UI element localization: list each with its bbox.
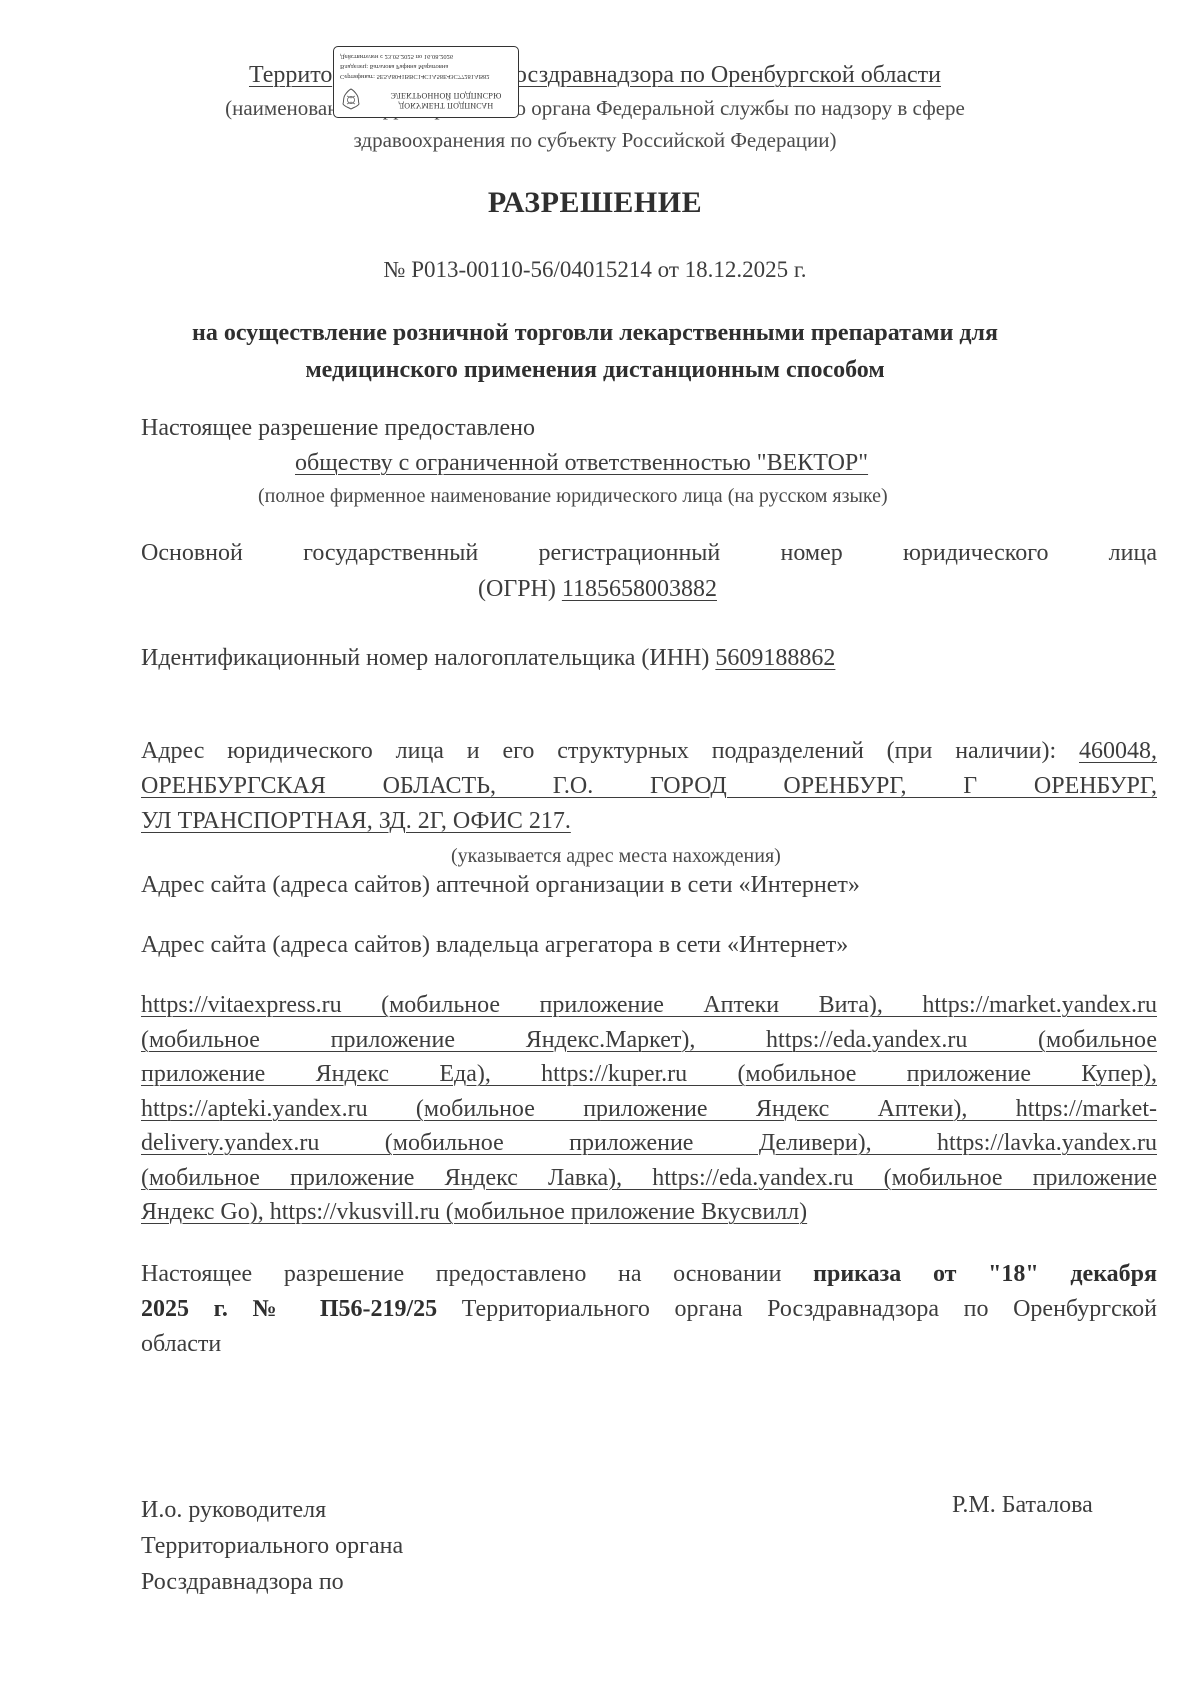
document-title: РАЗРЕШЕНИЕ	[0, 186, 1190, 220]
stamp-title: ДОКУМЕНТ ПОДПИСАН ЭЛЕКТРОННОЙ ПОДПИСЬЮ	[378, 90, 514, 110]
grantee-name-caption: (полное фирменное наименование юридическ…	[258, 485, 888, 508]
aggregator-sites-label: Адрес сайта (адреса сайтов) владельца аг…	[141, 932, 1157, 959]
sites-line[interactable]: (мобильное приложение Яндекс Лавка), htt…	[141, 1165, 1157, 1200]
sites-line[interactable]: https://vitaexpress.ru (мобильное прилож…	[141, 992, 1157, 1027]
basis-line-1: Настоящее разрешение предоставлено на ос…	[141, 1261, 1157, 1288]
aggregator-sites-list: https://vitaexpress.ru (мобильное прилож…	[141, 992, 1157, 1234]
coat-of-arms-icon	[340, 87, 362, 111]
address-line-1: Адрес юридического лица и его структурны…	[141, 738, 1157, 765]
ogrn-value: 1185658003882	[562, 576, 717, 602]
basis-line-2: 2025 г. № П56-219/25 Территориального ор…	[141, 1296, 1157, 1323]
address-line-3: УЛ ТРАНСПОРТНАЯ, ЗД. 2Г, ОФИС 217.	[141, 808, 1157, 835]
inn-line: Идентификационный номер налогоплательщик…	[141, 645, 1157, 672]
address-postcode: 460048,	[1079, 738, 1157, 764]
sites-line[interactable]: приложение Яндекс Еда), https://kuper.ru…	[141, 1061, 1157, 1096]
grantee-intro: Настоящее разрешение предоставлено	[141, 415, 1157, 442]
electronic-signature-stamp: ДОКУМЕНТ ПОДПИСАН ЭЛЕКТРОННОЙ ПОДПИСЬЮ С…	[333, 46, 519, 118]
signer-position: И.о. руководителя Территориального орган…	[141, 1492, 403, 1600]
signer-name: Р.М. Баталова	[952, 1492, 1093, 1519]
document-number: № Р013-00110-56/04015214 от 18.12.2025 г…	[0, 257, 1190, 283]
pharmacy-sites-label: Адрес сайта (адреса сайтов) аптечной орг…	[141, 872, 1157, 899]
sites-line[interactable]: https://apteki.yandex.ru (мобильное прил…	[141, 1096, 1157, 1131]
document-purpose: на осуществление розничной торговли лека…	[0, 315, 1190, 389]
ogrn-line: (ОГРН) 1185658003882	[478, 576, 717, 603]
inn-value: 5609188862	[715, 645, 835, 671]
authority-caption: (наименование территориального органа Фе…	[0, 96, 1190, 121]
order-number: 2025 г. № П56-219/25	[141, 1296, 437, 1322]
address-line-2: ОРЕНБУРГСКАЯ ОБЛАСТЬ, Г.О. ГОРОД ОРЕНБУР…	[141, 773, 1157, 800]
authority-name: Территориальный орган Росздравнадзора по…	[0, 62, 1190, 89]
basis-line-3: области	[141, 1331, 1157, 1358]
authority-caption-cont: здравоохранения по субъекту Российской Ф…	[0, 128, 1190, 153]
sites-line[interactable]: (мобильное приложение Яндекс.Маркет), ht…	[141, 1027, 1157, 1062]
sites-line[interactable]: Яндекс Go), https://vkusvill.ru (мобильн…	[141, 1199, 1157, 1234]
address-caption: (указывается адрес места нахождения)	[451, 845, 781, 868]
sites-line[interactable]: delivery.yandex.ru (мобильное приложение…	[141, 1130, 1157, 1165]
order-reference: приказа от "18" декабря	[813, 1261, 1157, 1287]
ogrn-label: Основной государственный регистрационный…	[141, 540, 1157, 567]
stamp-meta: Сертификат: 5E5A8041BBC14C1A58E43C77281A…	[340, 51, 516, 81]
grantee-name: обществу с ограниченной ответственностью…	[295, 450, 868, 477]
